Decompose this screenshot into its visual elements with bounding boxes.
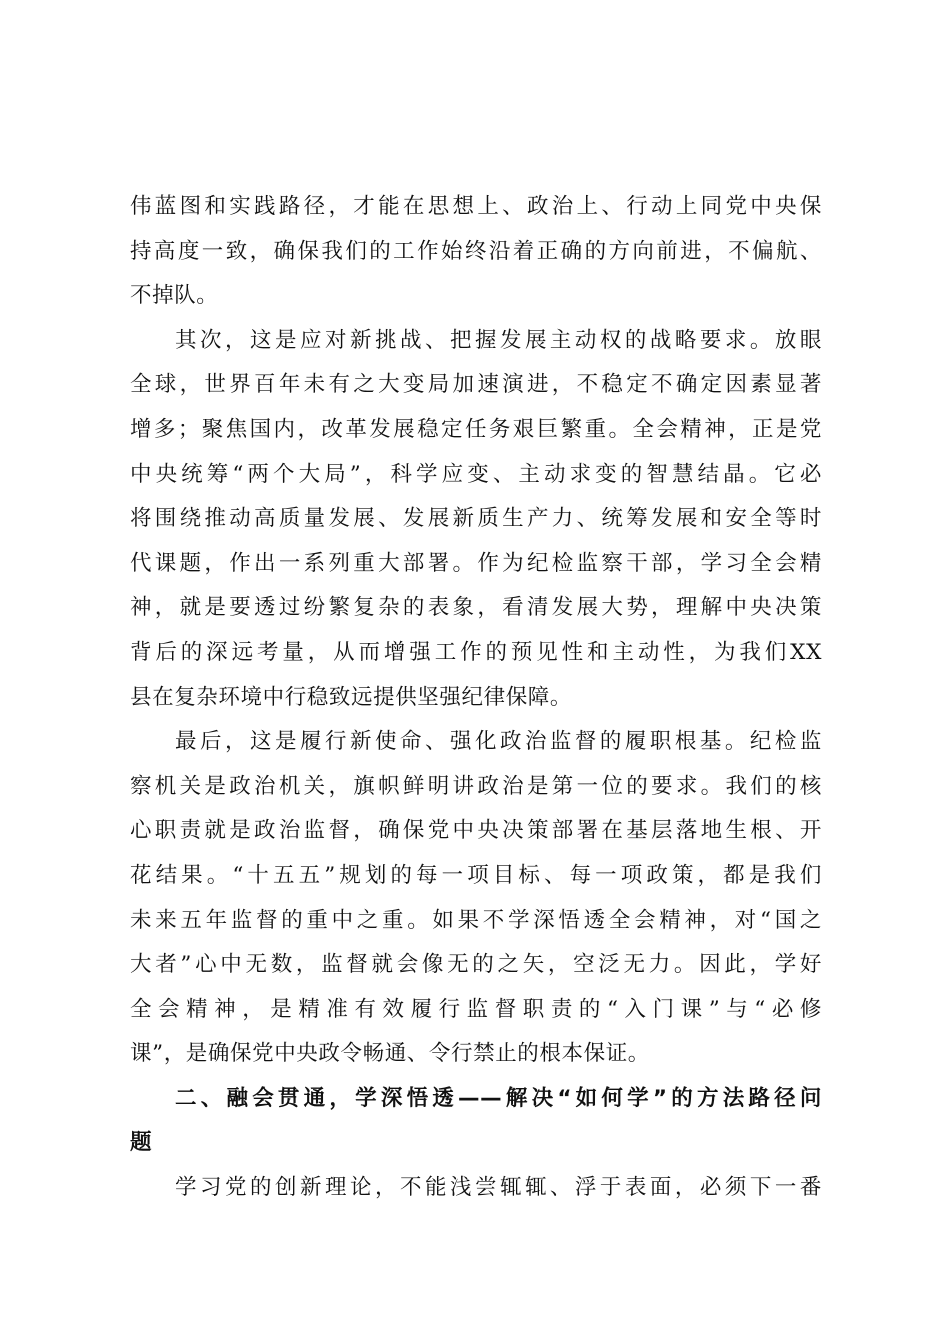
paragraph-section-two-start: 学习党的创新理论，不能浅尝辄辄、浮于表面，必须下一番 — [130, 1166, 830, 1211]
text-line: 持高度一致，确保我们的工作始终沿着正确的方向前进，不偏航、 — [130, 230, 822, 275]
text-line: 将围绕推动高质量发展、发展新质生产力、统筹发展和安全等时 — [130, 497, 822, 542]
text-line: 课”，是确保党中央政令畅通、令行禁止的根本保证。 — [130, 1032, 830, 1077]
document-page: 伟蓝图和实践路径，才能在思想上、政治上、行动上同党中央保 持高度一致，确保我们的… — [0, 0, 950, 1344]
section-heading-two: 二、融会贯通，学深悟透——解决“如何学”的方法路径问 题 — [130, 1077, 830, 1166]
text-line: 未来五年监督的重中之重。如果不学深悟透全会精神，对“国之 — [130, 899, 822, 944]
text-line: 最后，这是履行新使命、强化政治监督的履职根基。纪检监 — [130, 720, 822, 765]
text-line: 不掉队。 — [130, 274, 830, 319]
text-line: 全球，世界百年未有之大变局加速演进，不稳定不确定因素显著 — [130, 363, 822, 408]
text-line: 神，就是要透过纷繁复杂的表象，看清发展大势，理解中央决策 — [130, 586, 822, 631]
text-line: 中央统筹“两个大局”，科学应变、主动求变的智慧结晶。它必 — [130, 453, 822, 498]
text-line: 学习党的创新理论，不能浅尝辄辄、浮于表面，必须下一番 — [130, 1166, 822, 1211]
heading-line: 二、融会贯通，学深悟透——解决“如何学”的方法路径问 — [130, 1077, 822, 1122]
text-line: 花结果。“十五五”规划的每一项目标、每一项政策，都是我们 — [130, 854, 822, 899]
paragraph-continuation: 伟蓝图和实践路径，才能在思想上、政治上、行动上同党中央保 持高度一致，确保我们的… — [130, 185, 830, 319]
text-line: 伟蓝图和实践路径，才能在思想上、政治上、行动上同党中央保 — [130, 185, 822, 230]
document-body: 伟蓝图和实践路径，才能在思想上、政治上、行动上同党中央保 持高度一致，确保我们的… — [130, 185, 830, 1211]
text-line: 增多；聚焦国内，改革发展稳定任务艰巨繁重。全会精神，正是党 — [130, 408, 822, 453]
text-line: 大者”心中无数，监督就会像无的之矢，空泛无力。因此，学好 — [130, 943, 822, 988]
text-line: 背后的深远考量，从而增强工作的预见性和主动性，为我们XX — [130, 631, 822, 676]
paragraph-second-reason: 其次，这是应对新挑战、把握发展主动权的战略要求。放眼 全球，世界百年未有之大变局… — [130, 319, 830, 720]
text-line: 全会精神，是精准有效履行监督职责的“入门课”与“必修 — [130, 988, 822, 1033]
text-line: 其次，这是应对新挑战、把握发展主动权的战略要求。放眼 — [130, 319, 822, 364]
heading-line: 题 — [130, 1121, 830, 1166]
text-line: 县在复杂环境中行稳致远提供坚强纪律保障。 — [130, 676, 830, 721]
text-line: 代课题，作出一系列重大部署。作为纪检监察干部，学习全会精 — [130, 542, 822, 587]
paragraph-last-reason: 最后，这是履行新使命、强化政治监督的履职根基。纪检监 察机关是政治机关，旗帜鲜明… — [130, 720, 830, 1077]
text-line: 心职责就是政治监督，确保党中央决策部署在基层落地生根、开 — [130, 809, 822, 854]
text-line: 察机关是政治机关，旗帜鲜明讲政治是第一位的要求。我们的核 — [130, 765, 822, 810]
